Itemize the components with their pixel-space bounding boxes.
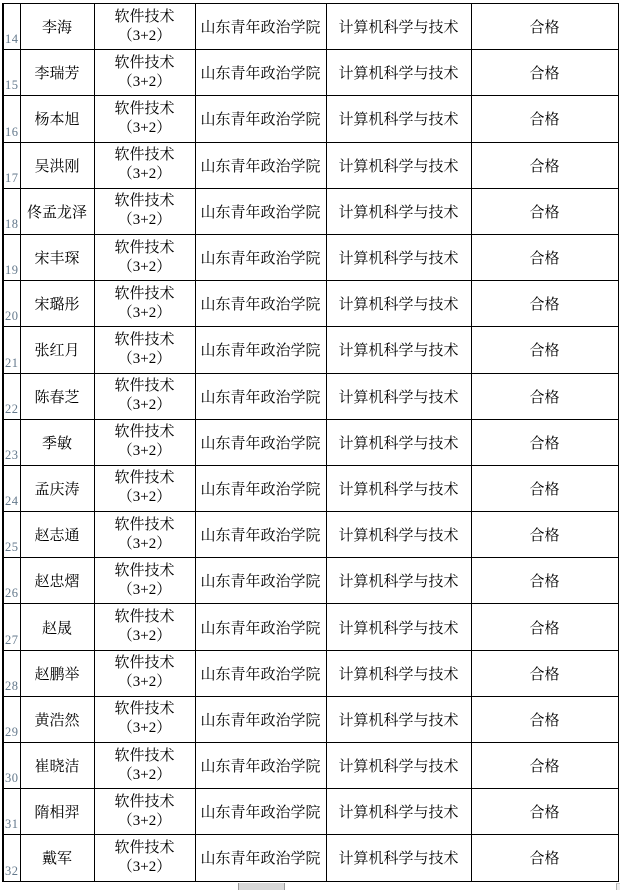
major-line2: （3+2） (95, 858, 195, 877)
table-row: 16杨本旭软件技术（3+2）山东青年政治学院计算机科学与技术合格 (3, 96, 618, 142)
row-number: 16 (3, 96, 20, 142)
cell-result: 合格 (471, 558, 618, 604)
cell-name: 宋璐彤 (20, 281, 94, 327)
cell-major: 软件技术（3+2） (94, 835, 195, 881)
major-line1: 软件技术 (95, 793, 195, 812)
cell-major: 软件技术（3+2） (94, 512, 195, 558)
major-line1: 软件技术 (95, 423, 195, 442)
major-line1: 软件技术 (95, 100, 195, 119)
major-line2: （3+2） (95, 766, 195, 785)
cell-school: 山东青年政治学院 (195, 327, 326, 373)
row-number: 26 (3, 558, 20, 604)
major-line1: 软件技术 (95, 285, 195, 304)
table-row: 15李瑞芳软件技术（3+2）山东青年政治学院计算机科学与技术合格 (3, 50, 618, 96)
cell-name: 崔晓洁 (20, 743, 94, 789)
major-line1: 软件技术 (95, 700, 195, 719)
cell-result: 合格 (471, 188, 618, 234)
results-table-body: 14李海软件技术（3+2）山东青年政治学院计算机科学与技术合格15李瑞芳软件技术… (3, 4, 618, 882)
major-line2: （3+2） (95, 211, 195, 230)
row-number: 18 (3, 188, 20, 234)
cell-major: 软件技术（3+2） (94, 604, 195, 650)
row-number: 32 (3, 835, 20, 881)
table-row: 28赵鹏举软件技术（3+2）山东青年政治学院计算机科学与技术合格 (3, 650, 618, 696)
row-number: 19 (3, 234, 20, 280)
major-line2: （3+2） (95, 627, 195, 646)
cell-major: 软件技术（3+2） (94, 696, 195, 742)
table-row: 23季敏软件技术（3+2）山东青年政治学院计算机科学与技术合格 (3, 419, 618, 465)
page-bottom-artifact (238, 883, 285, 890)
cell-school: 山东青年政治学院 (195, 558, 326, 604)
cell-name: 赵鹏举 (20, 650, 94, 696)
cell-result: 合格 (471, 743, 618, 789)
major-line1: 软件技术 (95, 331, 195, 350)
cell-name: 佟孟龙泽 (20, 188, 94, 234)
cell-subject: 计算机科学与技术 (326, 50, 471, 96)
row-number: 24 (3, 465, 20, 511)
cell-name: 李海 (20, 4, 94, 50)
cell-subject: 计算机科学与技术 (326, 696, 471, 742)
cell-result: 合格 (471, 789, 618, 835)
major-line2: （3+2） (95, 719, 195, 738)
major-line2: （3+2） (95, 304, 195, 323)
major-line2: （3+2） (95, 73, 195, 92)
major-line2: （3+2） (95, 581, 195, 600)
cell-subject: 计算机科学与技术 (326, 835, 471, 881)
major-line2: （3+2） (95, 442, 195, 461)
cell-major: 软件技术（3+2） (94, 96, 195, 142)
row-number: 23 (3, 419, 20, 465)
row-number: 31 (3, 789, 20, 835)
cell-result: 合格 (471, 373, 618, 419)
row-number: 20 (3, 281, 20, 327)
cell-school: 山东青年政治学院 (195, 835, 326, 881)
cell-major: 软件技术（3+2） (94, 4, 195, 50)
cell-major: 软件技术（3+2） (94, 188, 195, 234)
table-row: 25赵志通软件技术（3+2）山东青年政治学院计算机科学与技术合格 (3, 512, 618, 558)
cell-school: 山东青年政治学院 (195, 650, 326, 696)
table-row: 19宋丰琛软件技术（3+2）山东青年政治学院计算机科学与技术合格 (3, 234, 618, 280)
cell-result: 合格 (471, 234, 618, 280)
major-line2: （3+2） (95, 27, 195, 46)
cell-name: 张红月 (20, 327, 94, 373)
major-line1: 软件技术 (95, 239, 195, 258)
cell-major: 软件技术（3+2） (94, 281, 195, 327)
cell-result: 合格 (471, 4, 618, 50)
major-line2: （3+2） (95, 673, 195, 692)
cell-major: 软件技术（3+2） (94, 743, 195, 789)
table-row: 30崔晓洁软件技术（3+2）山东青年政治学院计算机科学与技术合格 (3, 743, 618, 789)
table-row: 20宋璐彤软件技术（3+2）山东青年政治学院计算机科学与技术合格 (3, 281, 618, 327)
cell-major: 软件技术（3+2） (94, 142, 195, 188)
major-line1: 软件技术 (95, 377, 195, 396)
cell-school: 山东青年政治学院 (195, 96, 326, 142)
cell-school: 山东青年政治学院 (195, 50, 326, 96)
major-line2: （3+2） (95, 258, 195, 277)
cell-subject: 计算机科学与技术 (326, 373, 471, 419)
major-line1: 软件技术 (95, 192, 195, 211)
cell-school: 山东青年政治学院 (195, 373, 326, 419)
cell-subject: 计算机科学与技术 (326, 743, 471, 789)
cell-major: 软件技术（3+2） (94, 465, 195, 511)
cell-subject: 计算机科学与技术 (326, 281, 471, 327)
cell-name: 李瑞芳 (20, 50, 94, 96)
cell-subject: 计算机科学与技术 (326, 142, 471, 188)
cell-result: 合格 (471, 650, 618, 696)
major-line1: 软件技术 (95, 469, 195, 488)
row-number: 28 (3, 650, 20, 696)
cell-school: 山东青年政治学院 (195, 743, 326, 789)
major-line2: （3+2） (95, 812, 195, 831)
cell-name: 杨本旭 (20, 96, 94, 142)
major-line1: 软件技术 (95, 562, 195, 581)
cell-name: 宋丰琛 (20, 234, 94, 280)
cell-subject: 计算机科学与技术 (326, 4, 471, 50)
cell-subject: 计算机科学与技术 (326, 327, 471, 373)
row-number: 14 (3, 4, 20, 50)
major-line1: 软件技术 (95, 146, 195, 165)
major-line1: 软件技术 (95, 747, 195, 766)
cell-name: 戴军 (20, 835, 94, 881)
cell-school: 山东青年政治学院 (195, 4, 326, 50)
table-row: 14李海软件技术（3+2）山东青年政治学院计算机科学与技术合格 (3, 4, 618, 50)
major-line1: 软件技术 (95, 839, 195, 858)
cell-result: 合格 (471, 835, 618, 881)
cell-result: 合格 (471, 142, 618, 188)
cell-subject: 计算机科学与技术 (326, 512, 471, 558)
cell-name: 隋相羿 (20, 789, 94, 835)
cell-subject: 计算机科学与技术 (326, 234, 471, 280)
cell-subject: 计算机科学与技术 (326, 558, 471, 604)
cell-school: 山东青年政治学院 (195, 281, 326, 327)
cell-school: 山东青年政治学院 (195, 789, 326, 835)
row-number: 21 (3, 327, 20, 373)
cell-subject: 计算机科学与技术 (326, 604, 471, 650)
major-line2: （3+2） (95, 488, 195, 507)
cell-result: 合格 (471, 696, 618, 742)
page-corner-artifact (616, 883, 620, 890)
cell-name: 赵忠熠 (20, 558, 94, 604)
cell-subject: 计算机科学与技术 (326, 789, 471, 835)
cell-name: 吴洪刚 (20, 142, 94, 188)
table-row: 29黄浩然软件技术（3+2）山东青年政治学院计算机科学与技术合格 (3, 696, 618, 742)
cell-major: 软件技术（3+2） (94, 373, 195, 419)
table-row: 31隋相羿软件技术（3+2）山东青年政治学院计算机科学与技术合格 (3, 789, 618, 835)
table-row: 17吴洪刚软件技术（3+2）山东青年政治学院计算机科学与技术合格 (3, 142, 618, 188)
cell-major: 软件技术（3+2） (94, 419, 195, 465)
major-line1: 软件技术 (95, 516, 195, 535)
row-number: 27 (3, 604, 20, 650)
table-row: 22陈春芝软件技术（3+2）山东青年政治学院计算机科学与技术合格 (3, 373, 618, 419)
major-line1: 软件技术 (95, 608, 195, 627)
major-line2: （3+2） (95, 350, 195, 369)
cell-result: 合格 (471, 419, 618, 465)
cell-major: 软件技术（3+2） (94, 50, 195, 96)
table-row: 21张红月软件技术（3+2）山东青年政治学院计算机科学与技术合格 (3, 327, 618, 373)
cell-major: 软件技术（3+2） (94, 650, 195, 696)
cell-school: 山东青年政治学院 (195, 696, 326, 742)
row-number: 30 (3, 743, 20, 789)
cell-result: 合格 (471, 50, 618, 96)
table-row: 18佟孟龙泽软件技术（3+2）山东青年政治学院计算机科学与技术合格 (3, 188, 618, 234)
cell-name: 黄浩然 (20, 696, 94, 742)
major-line1: 软件技术 (95, 654, 195, 673)
cell-name: 陈春芝 (20, 373, 94, 419)
cell-result: 合格 (471, 465, 618, 511)
cell-result: 合格 (471, 604, 618, 650)
cell-school: 山东青年政治学院 (195, 512, 326, 558)
cell-result: 合格 (471, 327, 618, 373)
row-number: 22 (3, 373, 20, 419)
cell-subject: 计算机科学与技术 (326, 650, 471, 696)
cell-school: 山东青年政治学院 (195, 234, 326, 280)
results-sheet: 14李海软件技术（3+2）山东青年政治学院计算机科学与技术合格15李瑞芳软件技术… (2, 3, 619, 882)
major-line2: （3+2） (95, 119, 195, 138)
results-table: 14李海软件技术（3+2）山东青年政治学院计算机科学与技术合格15李瑞芳软件技术… (2, 3, 619, 882)
major-line2: （3+2） (95, 535, 195, 554)
table-row: 27赵晟软件技术（3+2）山东青年政治学院计算机科学与技术合格 (3, 604, 618, 650)
cell-result: 合格 (471, 281, 618, 327)
cell-subject: 计算机科学与技术 (326, 188, 471, 234)
row-number: 15 (3, 50, 20, 96)
cell-major: 软件技术（3+2） (94, 789, 195, 835)
major-line1: 软件技术 (95, 54, 195, 73)
row-number: 25 (3, 512, 20, 558)
table-row: 24孟庆涛软件技术（3+2）山东青年政治学院计算机科学与技术合格 (3, 465, 618, 511)
cell-school: 山东青年政治学院 (195, 142, 326, 188)
cell-result: 合格 (471, 512, 618, 558)
row-number: 29 (3, 696, 20, 742)
cell-subject: 计算机科学与技术 (326, 96, 471, 142)
cell-name: 季敏 (20, 419, 94, 465)
cell-name: 赵晟 (20, 604, 94, 650)
major-line1: 软件技术 (95, 8, 195, 27)
cell-school: 山东青年政治学院 (195, 465, 326, 511)
cell-school: 山东青年政治学院 (195, 188, 326, 234)
cell-major: 软件技术（3+2） (94, 327, 195, 373)
cell-result: 合格 (471, 96, 618, 142)
cell-subject: 计算机科学与技术 (326, 465, 471, 511)
cell-school: 山东青年政治学院 (195, 419, 326, 465)
table-row: 26赵忠熠软件技术（3+2）山东青年政治学院计算机科学与技术合格 (3, 558, 618, 604)
table-row: 32戴军软件技术（3+2）山东青年政治学院计算机科学与技术合格 (3, 835, 618, 881)
cell-major: 软件技术（3+2） (94, 558, 195, 604)
cell-name: 孟庆涛 (20, 465, 94, 511)
major-line2: （3+2） (95, 396, 195, 415)
cell-major: 软件技术（3+2） (94, 234, 195, 280)
cell-school: 山东青年政治学院 (195, 604, 326, 650)
cell-subject: 计算机科学与技术 (326, 419, 471, 465)
row-number: 17 (3, 142, 20, 188)
cell-name: 赵志通 (20, 512, 94, 558)
major-line2: （3+2） (95, 165, 195, 184)
